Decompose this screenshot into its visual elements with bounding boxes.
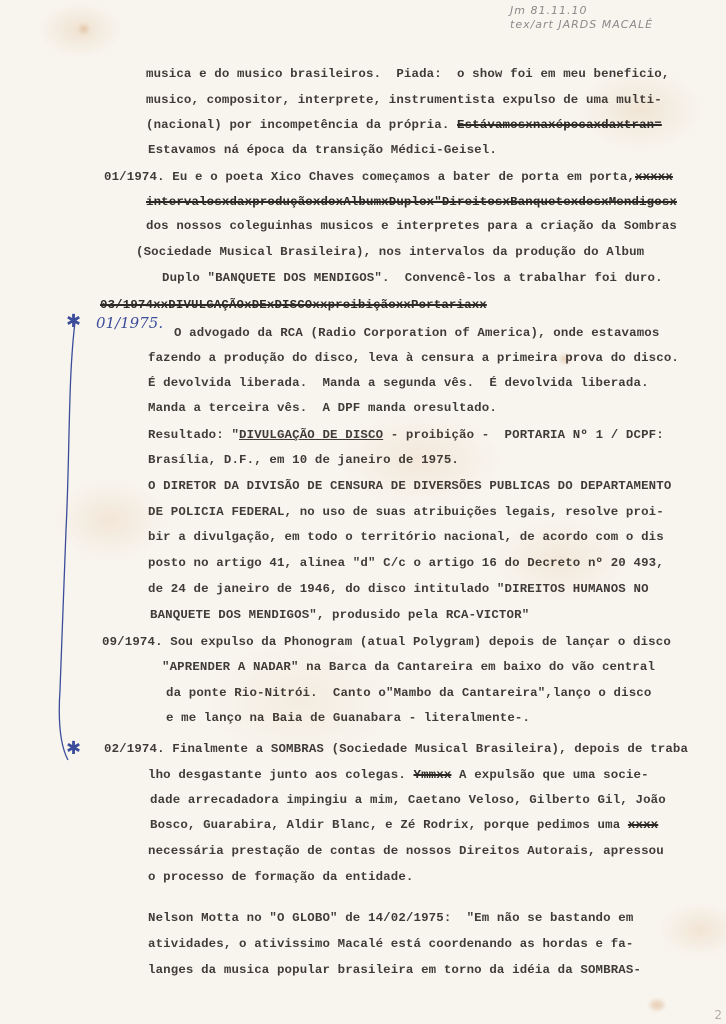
struck-out-text: xxxxx bbox=[635, 170, 673, 184]
text-line: posto no artigo 41, alinea "d" C/c o art… bbox=[148, 555, 664, 571]
line-text: Sou expulso da Phonogram (atual Polygram… bbox=[163, 635, 671, 649]
line-text: (nacional) por incompetência da própria. bbox=[146, 118, 457, 132]
struck-out-text: Ymmxx bbox=[414, 768, 452, 782]
line-text: lho desgastante junto aos colegas. bbox=[148, 768, 414, 782]
line-text: o processo de formação da entidade. bbox=[148, 870, 414, 884]
line-text: O DIRETOR DA DIVISÃO DE CENSURA DE DIVER… bbox=[148, 479, 671, 493]
text-line: de 24 de janeiro de 1946, do disco intit… bbox=[148, 581, 649, 597]
line-text: Bosco, Guarabira, Aldir Blanc, e Zé Rodr… bbox=[150, 818, 628, 832]
line-text: A expulsão que uma socie- bbox=[451, 768, 648, 782]
text-line: lho desgastante junto aos colegas. Ymmxx… bbox=[148, 767, 649, 783]
margin-bracket-icon bbox=[0, 0, 120, 780]
line-text: "APRENDER A NADAR" na Barca da Cantareir… bbox=[162, 660, 655, 674]
line-text: Duplo "BANQUETE DOS MENDIGOS". Convencê-… bbox=[162, 271, 663, 285]
text-line: O DIRETOR DA DIVISÃO DE CENSURA DE DIVER… bbox=[148, 478, 671, 494]
dated-entry-line: 09/1974. Sou expulso da Phonogram (atual… bbox=[102, 634, 671, 650]
archive-pencil-annotation: Jm 81.11.10 tex/art JARDS MACALÉ bbox=[510, 4, 720, 32]
line-text: Eu e o poeta Xico Chaves começamos a bat… bbox=[165, 170, 635, 184]
line-text: bir a divulgação, em todo o território n… bbox=[148, 530, 664, 544]
struck-out-text: 03/1974xxDIVULGAÇÃOxDExDISCOxxproibiçãox… bbox=[100, 298, 487, 312]
text-line: e me lanço na Baia de Guanabara - litera… bbox=[166, 710, 530, 726]
line-text: musico, compositor, interprete, instrume… bbox=[146, 93, 662, 107]
text-line: Duplo "BANQUETE DOS MENDIGOS". Convencê-… bbox=[162, 270, 663, 286]
line-text: Estavamos ná época da transição Médici-G… bbox=[148, 143, 497, 157]
line-text: da ponte Rio-Nitrói. Canto o"Mambo da Ca… bbox=[166, 686, 651, 700]
dated-entry-line: 01/1974. Eu e o poeta Xico Chaves começa… bbox=[104, 169, 673, 185]
text-line: Resultado: "DIVULGAÇÃO DE DISCO - proibi… bbox=[148, 427, 664, 443]
text-line: fazendo a produção do disco, leva à cens… bbox=[148, 350, 679, 366]
text-line: dade arrecadadora impingiu a mim, Caetan… bbox=[150, 792, 666, 808]
text-line: É devolvida liberada. Manda a segunda vê… bbox=[148, 375, 649, 391]
line-text: Manda a terceira vês. A DPF manda oresul… bbox=[148, 401, 497, 415]
text-line: langes da musica popular brasileira em t… bbox=[148, 962, 641, 978]
star-mark-icon: ✱ bbox=[66, 738, 81, 759]
struck-out-text: xxxx bbox=[628, 818, 658, 832]
handwritten-date: 01/1975. bbox=[96, 314, 163, 332]
text-line: "APRENDER A NADAR" na Barca da Cantareir… bbox=[162, 659, 655, 675]
line-text: O advogado da RCA (Radio Corporation of … bbox=[174, 326, 659, 340]
star-mark-icon: ✱ bbox=[66, 311, 81, 332]
line-text: langes da musica popular brasileira em t… bbox=[148, 963, 641, 977]
line-text: Finalmente a SOMBRAS (Sociedade Musical … bbox=[165, 742, 688, 756]
line-text: BANQUETE DOS MENDIGOS", produsido pela R… bbox=[150, 608, 529, 622]
underlined-text: DIVULGAÇÃO DE DISCO bbox=[239, 428, 383, 442]
text-line: Brasília, D.F., em 10 de janeiro de 1975… bbox=[148, 452, 459, 468]
line-text: DE POLICIA FEDERAL, no uso de suas atrib… bbox=[148, 505, 664, 519]
line-text: atividades, o ativissimo Macalé está coo… bbox=[148, 937, 633, 951]
text-line: bir a divulgação, em todo o território n… bbox=[148, 529, 664, 545]
text-line: BANQUETE DOS MENDIGOS", produsido pela R… bbox=[150, 607, 529, 623]
dated-entry-line: 02/1974. Finalmente a SOMBRAS (Sociedade… bbox=[104, 741, 688, 757]
line-text: (Sociedade Musical Brasileira), nos inte… bbox=[136, 245, 644, 259]
line-text: dos nossos coleguinhas musicos e interpr… bbox=[146, 219, 677, 233]
line-text: dade arrecadadora impingiu a mim, Caetan… bbox=[150, 793, 666, 807]
dated-entry-line: O advogado da RCA (Radio Corporation of … bbox=[174, 325, 659, 341]
line-text: - proibição - PORTARIA Nº 1 / DCPF: bbox=[383, 428, 664, 442]
text-line: intervalosxdaxproduçãoxdoxAlbumxDuplox"D… bbox=[146, 194, 677, 210]
line-text: É devolvida liberada. Manda a segunda vê… bbox=[148, 376, 649, 390]
text-line: 03/1974xxDIVULGAÇÃOxDExDISCOxxproibiçãox… bbox=[100, 297, 487, 313]
archive-label: tex/art JARDS MACALÉ bbox=[510, 18, 720, 32]
text-line: atividades, o ativissimo Macalé está coo… bbox=[148, 936, 633, 952]
line-text: Brasília, D.F., em 10 de janeiro de 1975… bbox=[148, 453, 459, 467]
text-line: Nelson Motta no "O GLOBO" de 14/02/1975:… bbox=[148, 910, 633, 926]
text-line: Estavamos ná época da transição Médici-G… bbox=[148, 142, 497, 158]
line-text: Nelson Motta no "O GLOBO" de 14/02/1975:… bbox=[148, 911, 633, 925]
text-line: musica e do musico brasileiros. Piada: o… bbox=[146, 66, 669, 82]
text-line: (Sociedade Musical Brasileira), nos inte… bbox=[136, 244, 644, 260]
line-text: fazendo a produção do disco, leva à cens… bbox=[148, 351, 679, 365]
text-line: musico, compositor, interprete, instrume… bbox=[146, 92, 662, 108]
struck-out-text: intervalosxdaxproduçãoxdoxAlbumxDuplox"D… bbox=[146, 195, 677, 209]
text-line: Bosco, Guarabira, Aldir Blanc, e Zé Rodr… bbox=[150, 817, 658, 833]
line-text: e me lanço na Baia de Guanabara - litera… bbox=[166, 711, 530, 725]
line-text: posto no artigo 41, alinea "d" C/c o art… bbox=[148, 556, 664, 570]
line-text: de 24 de janeiro de 1946, do disco intit… bbox=[148, 582, 649, 596]
stain bbox=[650, 1000, 664, 1010]
line-text: necessária prestação de contas de nossos… bbox=[148, 844, 664, 858]
text-line: necessária prestação de contas de nossos… bbox=[148, 843, 664, 859]
line-text: musica e do musico brasileiros. Piada: o… bbox=[146, 67, 669, 81]
text-line: (nacional) por incompetência da própria.… bbox=[146, 117, 662, 133]
text-line: da ponte Rio-Nitrói. Canto o"Mambo da Ca… bbox=[166, 685, 651, 701]
text-line: Manda a terceira vês. A DPF manda oresul… bbox=[148, 400, 497, 416]
text-line: o processo de formação da entidade. bbox=[148, 869, 414, 885]
page-number: 2 bbox=[714, 1008, 722, 1022]
struck-out-text: Estávamosxnaxépocaxdaxtran= bbox=[457, 118, 662, 132]
text-line: dos nossos coleguinhas musicos e interpr… bbox=[146, 218, 677, 234]
archive-id: Jm 81.11.10 bbox=[510, 4, 720, 18]
text-line: DE POLICIA FEDERAL, no uso de suas atrib… bbox=[148, 504, 664, 520]
line-text: Resultado: " bbox=[148, 428, 239, 442]
